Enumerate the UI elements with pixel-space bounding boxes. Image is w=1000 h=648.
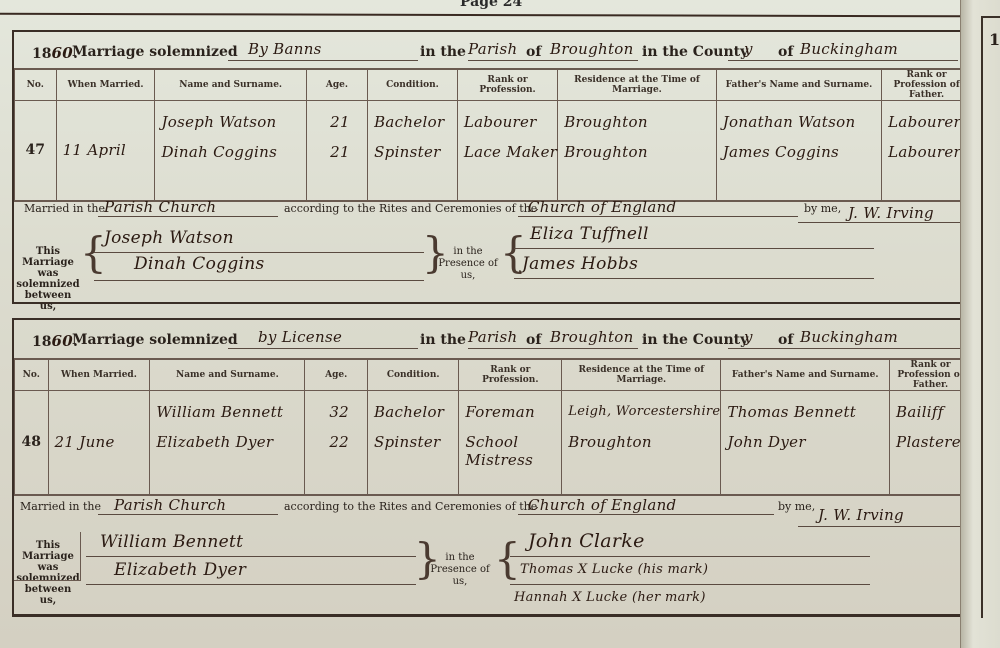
county-name: Buckingham [800, 328, 898, 346]
rites-line: Married in the Parish Church according t… [18, 496, 968, 518]
officiant-signature: J. W. Irving [848, 204, 934, 222]
solemnized-between-label: This Marriage was solemnized between us, [16, 246, 80, 312]
bride-father-rank: Plasterer [890, 427, 971, 457]
table-header: No. When Married. Name and Surname. Age.… [15, 69, 972, 101]
bride-age: 22 [305, 427, 367, 457]
col-father: Father's Name and Surname. [721, 359, 890, 391]
col-age: Age. [305, 359, 368, 391]
groom-name: William Bennett [150, 397, 304, 427]
col-condition: Condition. [367, 359, 458, 391]
rites-label: according to the Rites and Ceremonies of… [284, 500, 537, 513]
col-rank: Rank or Profession. [459, 359, 562, 391]
bride-father: John Dyer [721, 427, 889, 457]
col-age: Age. [306, 69, 367, 101]
in-the-label: in the [420, 44, 466, 60]
groom-age: 32 [305, 397, 367, 427]
year-prefix: 18 [32, 46, 51, 62]
col-residence: Residence at the Time of Marriage. [558, 69, 717, 101]
groom-age: 21 [307, 107, 367, 137]
by-me-label: by me, [778, 500, 815, 513]
register-table: No. When Married. Name and Surname. Age.… [14, 358, 972, 496]
when-married: 21 June [48, 391, 150, 495]
of-label: of [526, 332, 541, 348]
presence-label: in the Presence of us, [438, 246, 498, 282]
groom-father: Jonathan Watson [717, 107, 881, 137]
signature-bride: Elizabeth Dyer [114, 560, 246, 580]
bride-name: Elizabeth Dyer [150, 427, 304, 457]
in-the-label: in the [420, 332, 466, 348]
register-page: Page 24 1860. Marriage solemnized By Ban… [0, 0, 980, 648]
of-county-label: of [778, 332, 793, 348]
groom-rank: Labourer [458, 107, 557, 137]
bride-condition: Spinster [368, 427, 458, 457]
col-rank: Rank or Profession. [457, 69, 557, 101]
year-suffix: 60 [51, 44, 72, 62]
rites-line: Married in the Parish Church according t… [18, 198, 968, 220]
register-table: No. When Married. Name and Surname. Age.… [14, 68, 972, 202]
bride-name: Dinah Coggins [155, 137, 305, 167]
top-rule [0, 13, 965, 18]
groom-residence: Broughton [558, 107, 716, 137]
county-name: Buckingham [800, 40, 898, 58]
witness-1: John Clarke [528, 530, 645, 552]
of-county-label: of [778, 44, 793, 60]
officiant-signature: J. W. Irving [818, 506, 904, 524]
col-no: No. [15, 359, 49, 391]
adjacent-page-fragment: 1 [989, 30, 1000, 49]
solemnized-by: By Banns [248, 40, 322, 58]
col-when-married: When Married. [56, 69, 155, 101]
rites-label: according to the Rites and Ceremonies of… [284, 202, 537, 215]
groom-condition: Bachelor [368, 107, 457, 137]
bride-age: 21 [307, 137, 367, 167]
entry-title-line: 1860. Marriage solemnized by License in … [28, 328, 962, 354]
marriage-solemnized-label: Marriage solemnized [72, 332, 238, 348]
witness-1: Eliza Tuffnell [530, 224, 649, 244]
groom-father-rank: Bailiff [890, 397, 971, 427]
bride-residence: Broughton [562, 427, 720, 457]
col-residence: Residence at the Time of Marriage. [562, 359, 721, 391]
entry-title-line: 1860. Marriage solemnized By Banns in th… [28, 40, 962, 66]
of-label: of [526, 44, 541, 60]
bride-father-rank: Labourer [882, 137, 971, 167]
county-label: in the County [642, 44, 748, 60]
presence-label: in the Presence of us, [430, 552, 490, 588]
married-in-value: Parish Church [114, 496, 226, 514]
year-suffix: 60 [51, 332, 72, 350]
adjacent-page-edge: 1 [960, 0, 1000, 648]
groom-name: Joseph Watson [155, 107, 305, 137]
col-when-married: When Married. [48, 359, 150, 391]
bride-condition: Spinster [368, 137, 457, 167]
parish-label: Parish [468, 40, 518, 58]
signature-groom: Joseph Watson [104, 228, 234, 248]
married-in-value: Parish Church [104, 198, 216, 216]
groom-condition: Bachelor [368, 397, 458, 427]
signature-bride: Dinah Coggins [134, 254, 265, 274]
year-prefix: 18 [32, 334, 51, 350]
witness-3: Hannah X Lucke (her mark) [514, 590, 706, 605]
by-me-label: by me, [804, 202, 841, 215]
bride-rank: Lace Maker [458, 137, 557, 167]
groom-father-rank: Labourer [882, 107, 971, 137]
page-number: Page 24 [460, 0, 522, 10]
married-in-label: Married in the [20, 500, 101, 513]
table-header: No. When Married. Name and Surname. Age.… [15, 359, 972, 391]
witness-2: James Hobbs [522, 254, 638, 274]
col-name: Name and Surname. [155, 69, 306, 101]
bride-father: James Coggins [717, 137, 881, 167]
entry-number: 48 [15, 391, 49, 495]
col-father: Father's Name and Surname. [716, 69, 881, 101]
col-condition: Condition. [368, 69, 458, 101]
col-name: Name and Surname. [150, 359, 305, 391]
county-label: in the County [642, 332, 748, 348]
rites-value: Church of England [528, 496, 676, 514]
parish-label: Parish [468, 328, 518, 346]
bride-residence: Broughton [558, 137, 716, 167]
signature-groom: William Bennett [100, 532, 243, 552]
col-no: No. [15, 69, 57, 101]
county-suffix: y [744, 40, 753, 58]
bride-rank: School Mistress [459, 427, 561, 469]
table-row: 48 21 June William BennettElizabeth Dyer… [15, 391, 972, 495]
parish-name: Broughton [550, 40, 634, 58]
solemnized-by: by License [258, 328, 342, 346]
witness-2: Thomas X Lucke (his mark) [520, 562, 708, 577]
groom-rank: Foreman [459, 397, 561, 427]
table-row: 47 11 April Joseph WatsonDinah Coggins 2… [15, 101, 972, 201]
marriage-entry-48: 1860. Marriage solemnized by License in … [12, 318, 974, 617]
entry-number: 47 [15, 101, 57, 201]
marriage-entry-47: 1860. Marriage solemnized By Banns in th… [12, 30, 974, 304]
col-father-rank: Rank or Profession of Father. [882, 69, 972, 101]
rites-value: Church of England [528, 198, 676, 216]
when-married: 11 April [56, 101, 155, 201]
county-suffix: y [744, 328, 753, 346]
marriage-solemnized-label: Marriage solemnized [72, 44, 238, 60]
married-in-label: Married in the [24, 202, 105, 215]
groom-father: Thomas Bennett [721, 397, 889, 427]
groom-residence: Leigh, Worcestershire [562, 397, 720, 427]
parish-name: Broughton [550, 328, 634, 346]
